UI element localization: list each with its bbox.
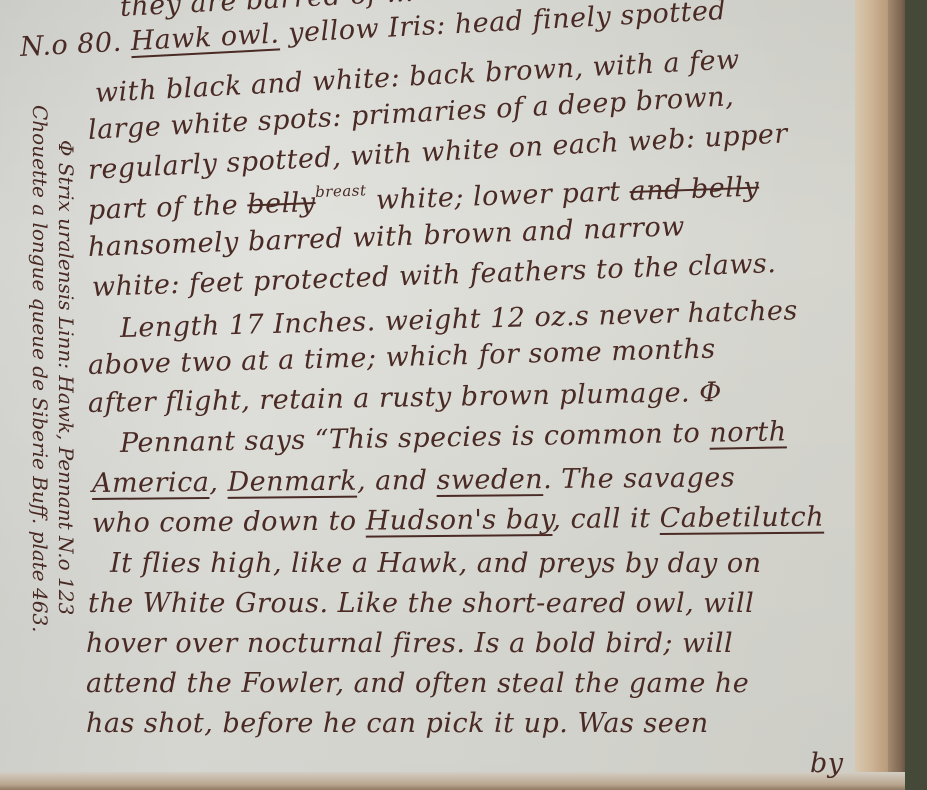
native-name: Cabetilutch xyxy=(659,502,824,534)
text-line: has shot, before he can pick it up. Was … xyxy=(86,708,709,739)
struck-word: and belly xyxy=(629,172,760,208)
margin-note-1: Φ Strix uralensis Linn: Hawk, Pennant N.… xyxy=(54,140,78,615)
text-fragment: who come down to xyxy=(92,506,366,539)
text-fragment: by xyxy=(810,748,844,779)
book-cover xyxy=(905,0,927,790)
text-fragment: , call it xyxy=(552,503,660,535)
place-name: north xyxy=(709,416,787,448)
text-line: hover over nocturnal fires. Is a bold bi… xyxy=(86,628,733,659)
struck-word: belly xyxy=(247,187,316,220)
entry-number: N.o 80. xyxy=(19,27,122,63)
text-fragment: attend the Fowler, and often steal the g… xyxy=(86,668,749,699)
text-line: It flies high, like a Hawk, and preys by… xyxy=(110,548,762,579)
place-name: Denmark xyxy=(227,466,357,498)
text-line: America, Denmark, and sweden. The savage… xyxy=(92,462,735,499)
text-fragment: . The savages xyxy=(543,462,735,495)
text-fragment: part of the xyxy=(87,190,238,226)
inserted-word: breast xyxy=(315,181,367,201)
text-line: attend the Fowler, and often steal the g… xyxy=(86,668,749,699)
place-name: America xyxy=(92,467,210,499)
margin-note-2: Chouette a longue queue de Siberie Buff.… xyxy=(28,105,52,633)
catchword: by xyxy=(810,748,844,779)
text-fragment: the White Grous. Like the short-eared ow… xyxy=(88,588,754,619)
text-fragment: , xyxy=(209,467,227,498)
text-fragment: has shot, before he can pick it up. Was … xyxy=(86,708,709,739)
text-fragment: It flies high, like a Hawk, and preys by… xyxy=(110,548,762,579)
text-line: who come down to Hudson's bay, call it C… xyxy=(92,502,824,539)
text-fragment: , and xyxy=(357,465,437,497)
text-line: the White Grous. Like the short-eared ow… xyxy=(88,588,754,619)
page-bottom-edge xyxy=(0,772,905,790)
text-fragment: hover over nocturnal fires. Is a bold bi… xyxy=(86,628,733,659)
place-name: sweden xyxy=(436,464,543,496)
place-name: Hudson's bay xyxy=(366,504,553,537)
